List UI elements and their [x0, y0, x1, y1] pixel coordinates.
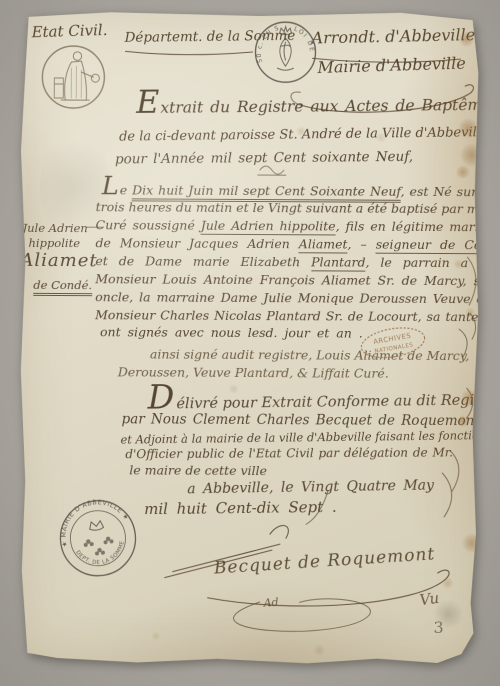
pen-flourishes	[17, 11, 480, 665]
document-paper-wrap: Etat Civil. Départemt. de la Somme Arron…	[17, 11, 480, 665]
photo-background: Etat Civil. Départemt. de la Somme Arron…	[0, 0, 500, 686]
document-paper: Etat Civil. Départemt. de la Somme Arron…	[17, 11, 480, 665]
